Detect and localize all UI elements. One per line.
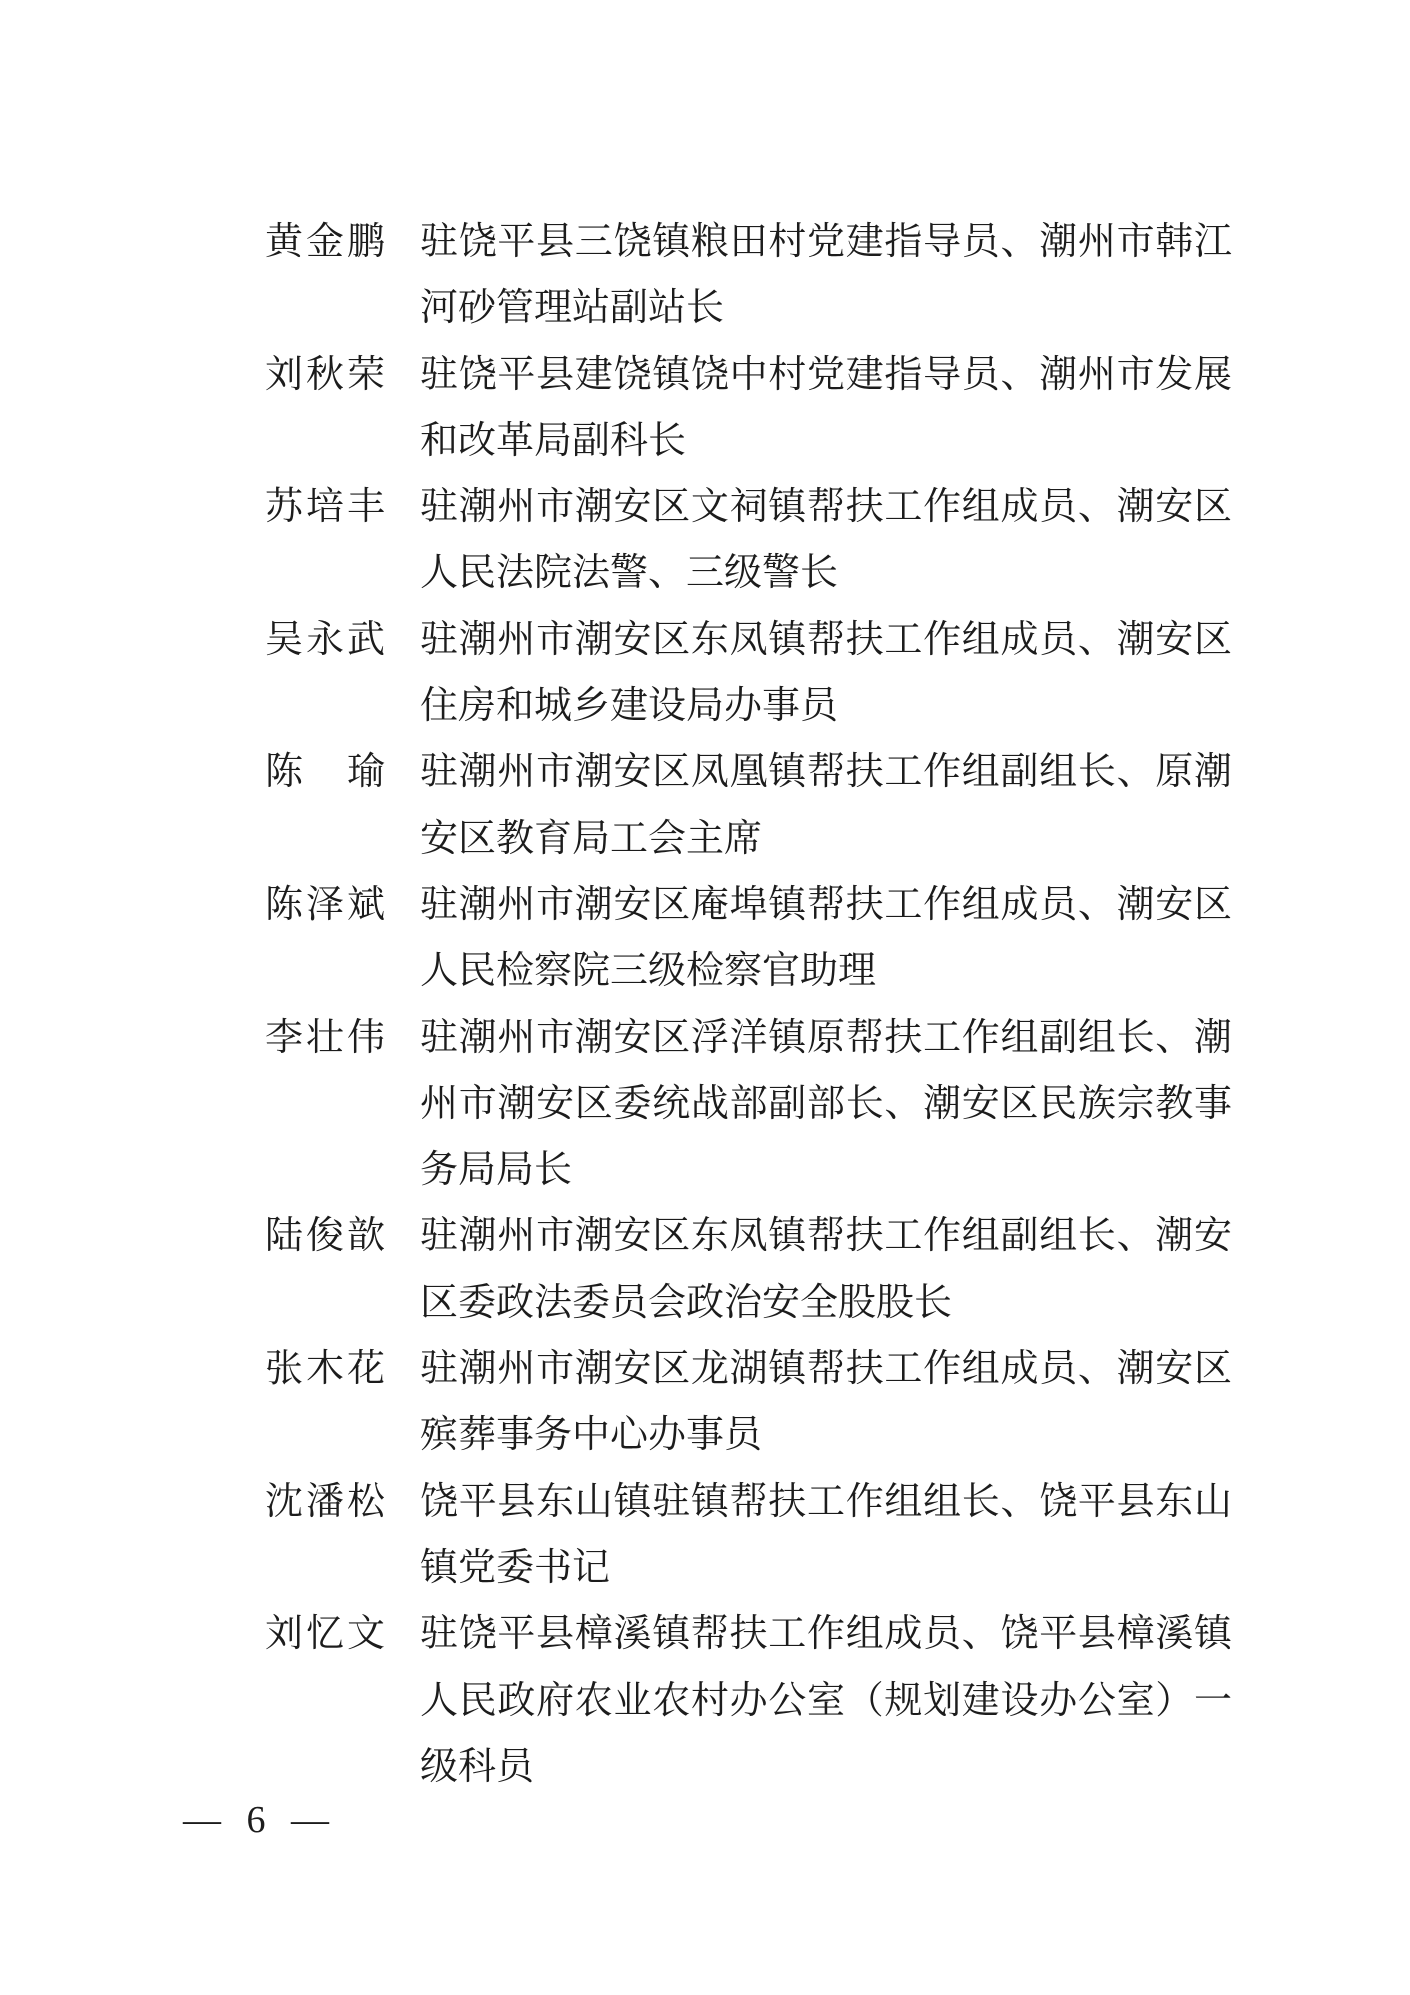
- person-name: 黄金鹏: [265, 209, 385, 275]
- document-page: 黄金鹏 驻饶平县三饶镇粮田村党建指导员、潮州市韩江河砂管理站副站长 刘秋荣 驻饶…: [0, 0, 1410, 1995]
- roster-list: 黄金鹏 驻饶平县三饶镇粮田村党建指导员、潮州市韩江河砂管理站副站长 刘秋荣 驻饶…: [265, 209, 1232, 1800]
- person-name: 吴永武: [265, 607, 385, 673]
- person-position: 驻饶平县建饶镇饶中村党建指导员、潮州市发展和改革局副科长: [420, 342, 1232, 475]
- roster-row: 沈潘松 饶平县东山镇驻镇帮扶工作组组长、饶平县东山镇党委书记: [265, 1469, 1232, 1602]
- roster-row: 刘秋荣 驻饶平县建饶镇饶中村党建指导员、潮州市发展和改革局副科长: [265, 342, 1232, 475]
- roster-row: 苏培丰 驻潮州市潮安区文祠镇帮扶工作组成员、潮安区人民法院法警、三级警长: [265, 474, 1232, 607]
- page-number: — 6 —: [183, 1799, 337, 1841]
- person-position: 驻潮州市潮安区凤凰镇帮扶工作组副组长、原潮安区教育局工会主席: [420, 739, 1232, 872]
- roster-row: 李壮伟 驻潮州市潮安区浮洋镇原帮扶工作组副组长、潮州市潮安区委统战部副部长、潮安…: [265, 1005, 1232, 1204]
- person-name: 刘秋荣: [265, 342, 385, 408]
- roster-row: 刘忆文 驻饶平县樟溪镇帮扶工作组成员、饶平县樟溪镇人民政府农业农村办公室（规划建…: [265, 1601, 1232, 1800]
- roster-row: 陈泽斌 驻潮州市潮安区庵埠镇帮扶工作组成员、潮安区人民检察院三级检察官助理: [265, 872, 1232, 1005]
- person-position: 驻潮州市潮安区龙湖镇帮扶工作组成员、潮安区殡葬事务中心办事员: [420, 1336, 1232, 1469]
- person-position: 驻潮州市潮安区东凤镇帮扶工作组副组长、潮安区委政法委员会政治安全股股长: [420, 1203, 1232, 1336]
- roster-row: 陆俊歆 驻潮州市潮安区东凤镇帮扶工作组副组长、潮安区委政法委员会政治安全股股长: [265, 1203, 1232, 1336]
- person-name: 苏培丰: [265, 474, 385, 540]
- roster-row: 陈瑜 驻潮州市潮安区凤凰镇帮扶工作组副组长、原潮安区教育局工会主席: [265, 739, 1232, 872]
- roster-row: 吴永武 驻潮州市潮安区东凤镇帮扶工作组成员、潮安区住房和城乡建设局办事员: [265, 607, 1232, 740]
- person-name: 陈瑜: [265, 739, 385, 805]
- person-position: 饶平县东山镇驻镇帮扶工作组组长、饶平县东山镇党委书记: [420, 1469, 1232, 1602]
- page-footer: — 6 —: [183, 1787, 337, 1853]
- person-position: 驻饶平县樟溪镇帮扶工作组成员、饶平县樟溪镇人民政府农业农村办公室（规划建设办公室…: [420, 1601, 1232, 1800]
- roster-row: 张木花 驻潮州市潮安区龙湖镇帮扶工作组成员、潮安区殡葬事务中心办事员: [265, 1336, 1232, 1469]
- person-name: 李壮伟: [265, 1005, 385, 1071]
- person-position: 驻饶平县三饶镇粮田村党建指导员、潮州市韩江河砂管理站副站长: [420, 209, 1232, 342]
- person-position: 驻潮州市潮安区文祠镇帮扶工作组成员、潮安区人民法院法警、三级警长: [420, 474, 1232, 607]
- person-name: 沈潘松: [265, 1469, 385, 1535]
- person-name: 陆俊歆: [265, 1203, 385, 1269]
- person-position: 驻潮州市潮安区东凤镇帮扶工作组成员、潮安区住房和城乡建设局办事员: [420, 607, 1232, 740]
- person-position: 驻潮州市潮安区庵埠镇帮扶工作组成员、潮安区人民检察院三级检察官助理: [420, 872, 1232, 1005]
- person-name: 张木花: [265, 1336, 385, 1402]
- person-name: 陈泽斌: [265, 872, 385, 938]
- roster-row: 黄金鹏 驻饶平县三饶镇粮田村党建指导员、潮州市韩江河砂管理站副站长: [265, 209, 1232, 342]
- person-name: 刘忆文: [265, 1601, 385, 1667]
- person-position: 驻潮州市潮安区浮洋镇原帮扶工作组副组长、潮州市潮安区委统战部副部长、潮安区民族宗…: [420, 1005, 1232, 1204]
